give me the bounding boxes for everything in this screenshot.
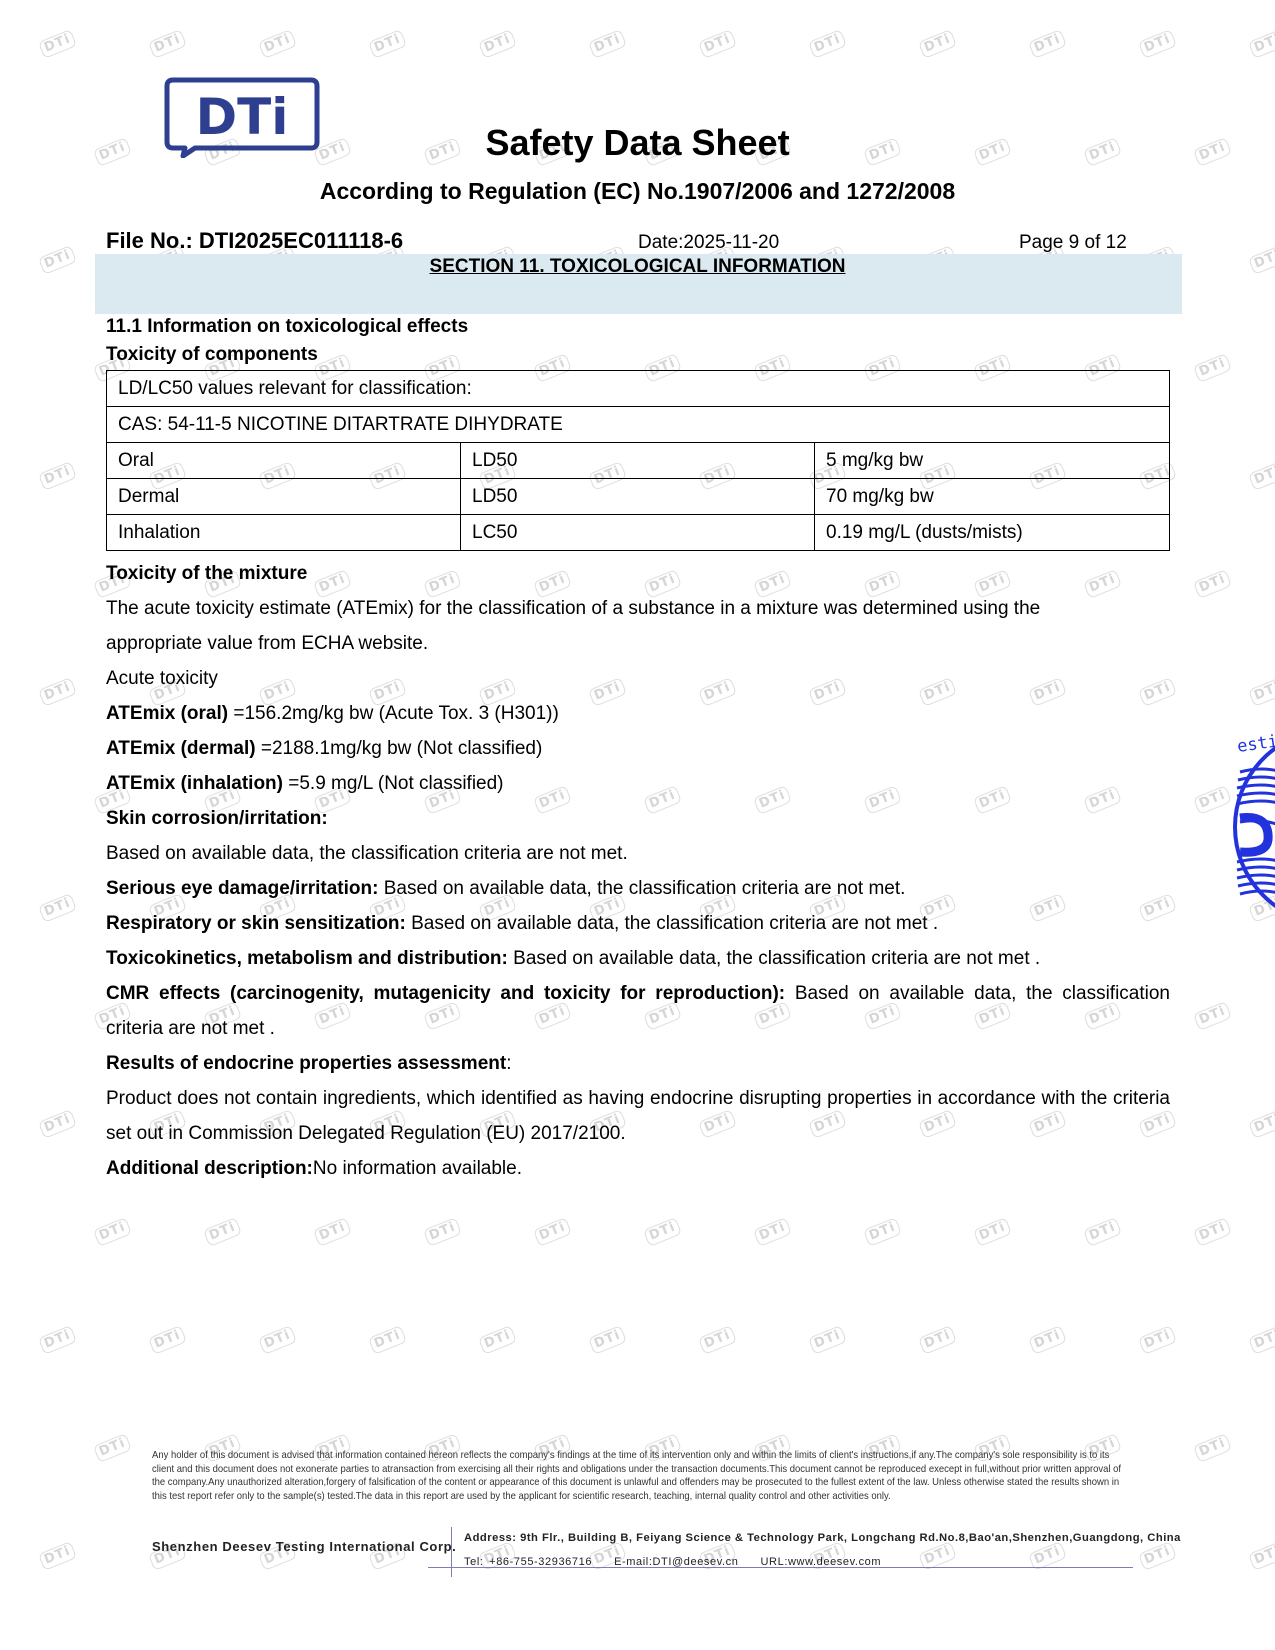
endocrine-label: Results of endocrine properties assessme… (106, 1046, 1170, 1081)
watermark-stamp: DTi (863, 1217, 902, 1247)
company-tel: Tel: +86-755-32936716 (464, 1556, 592, 1568)
watermark-stamp: DTi (478, 1325, 517, 1355)
watermark-stamp: DTi (368, 29, 407, 59)
route-cell: Dermal (107, 479, 461, 515)
watermark-stamp: DTi (93, 1217, 132, 1247)
value-cell: 5 mg/kg bw (815, 443, 1170, 479)
watermark-stamp: DTi (1193, 353, 1232, 383)
watermark-stamp: DTi (1248, 677, 1275, 707)
watermark-stamp: DTi (38, 893, 77, 923)
mixture-intro: The acute toxicity estimate (ATEmix) for… (106, 591, 1170, 661)
footer-divider-vertical (451, 1527, 452, 1577)
table-row: Oral LD50 5 mg/kg bw (107, 443, 1170, 479)
document-date: Date:2025-11-20 (638, 232, 779, 254)
toxicokinetics: Toxicokinetics, metabolism and distribut… (106, 941, 1170, 976)
watermark-stamp: DTi (973, 1217, 1012, 1247)
route-cell: Inhalation (107, 515, 461, 551)
value-cell: 70 mg/kg bw (815, 479, 1170, 515)
watermark-stamp: DTi (1193, 569, 1232, 599)
section-title: SECTION 11. TOXICOLOGICAL INFORMATION (0, 256, 1275, 278)
sensitization: Respiratory or skin sensitization: Based… (106, 906, 1170, 941)
watermark-stamp: DTi (753, 1217, 792, 1247)
watermark-stamp: DTi (38, 29, 77, 59)
endocrine-text: Product does not contain ingredients, wh… (106, 1081, 1170, 1151)
acute-toxicity-label: Acute toxicity (106, 661, 1170, 696)
watermark-stamp: DTi (918, 1325, 957, 1355)
toxicity-table: LD/LC50 values relevant for classificati… (106, 370, 1170, 551)
watermark-stamp: DTi (1193, 1217, 1232, 1247)
table-caption: LD/LC50 values relevant for classificati… (107, 371, 1170, 407)
additional-description: Additional description:No information av… (106, 1151, 1170, 1186)
watermark-stamp: DTi (1248, 461, 1275, 491)
value-cell: 0.19 mg/L (dusts/mists) (815, 515, 1170, 551)
watermark-stamp: DTi (698, 1325, 737, 1355)
watermark-stamp: DTi (1248, 1325, 1275, 1355)
watermark-stamp: DTi (1138, 1325, 1177, 1355)
watermark-stamp: DTi (38, 677, 77, 707)
table-row: Dermal LD50 70 mg/kg bw (107, 479, 1170, 515)
table-row: Inhalation LC50 0.19 mg/L (dusts/mists) (107, 515, 1170, 551)
table-caption-row: LD/LC50 values relevant for classificati… (107, 371, 1170, 407)
official-stamp-icon: esti (1232, 722, 1275, 932)
legal-disclaimer: Any holder of this document is advised t… (152, 1449, 1134, 1503)
table-substance: CAS: 54-11-5 NICOTINE DITARTRATE DIHYDRA… (107, 407, 1170, 443)
watermark-stamp: DTi (1248, 29, 1275, 59)
watermark-stamp: DTi (1193, 1001, 1232, 1031)
watermark-stamp: DTi (1028, 29, 1067, 59)
watermark-stamp: DTi (1193, 785, 1232, 815)
regulation-subtitle: According to Regulation (EC) No.1907/200… (0, 178, 1275, 205)
watermark-stamp: DTi (1028, 1325, 1067, 1355)
type-cell: LD50 (461, 479, 815, 515)
watermark-stamp: DTi (148, 29, 187, 59)
watermark-stamp: DTi (38, 1541, 77, 1571)
mixture-heading: Toxicity of the mixture (106, 557, 1170, 591)
watermark-stamp: DTi (203, 1217, 242, 1247)
watermark-stamp: DTi (1138, 29, 1177, 59)
eye-damage: Serious eye damage/irritation: Based on … (106, 871, 1170, 906)
mixture-section: Toxicity of the mixture The acute toxici… (106, 557, 1170, 1186)
watermark-stamp: DTi (918, 29, 957, 59)
components-heading: Toxicity of components (106, 344, 318, 366)
watermark-stamp: DTi (643, 1217, 682, 1247)
skin-corrosion-text: Based on available data, the classificat… (106, 836, 1170, 871)
watermark-stamp: DTi (313, 1217, 352, 1247)
document-title: Safety Data Sheet (0, 122, 1275, 164)
subsection-heading: 11.1 Information on toxicological effect… (106, 316, 468, 338)
watermark-stamp: DTi (148, 1325, 187, 1355)
watermark-stamp: DTi (368, 1325, 407, 1355)
watermark-stamp: DTi (533, 1217, 572, 1247)
watermark-stamp: DTi (93, 1433, 132, 1463)
company-email: E-mail:DTI@deesev.cn (614, 1556, 738, 1568)
watermark-stamp: DTi (1193, 1433, 1232, 1463)
watermark-stamp: DTi (423, 1217, 462, 1247)
company-contact: Tel: +86-755-32936716E-mail:DTI@deesev.c… (464, 1556, 903, 1568)
watermark-stamp: DTi (1248, 1541, 1275, 1571)
type-cell: LC50 (461, 515, 815, 551)
watermark-stamp: DTi (808, 1325, 847, 1355)
watermark-stamp: DTi (808, 29, 847, 59)
watermark-stamp: DTi (38, 1109, 77, 1139)
watermark-stamp: DTi (1248, 1109, 1275, 1139)
atemix-oral: ATEmix (oral) =156.2mg/kg bw (Acute Tox.… (106, 696, 1170, 731)
table-substance-row: CAS: 54-11-5 NICOTINE DITARTRATE DIHYDRA… (107, 407, 1170, 443)
cmr-effects: CMR effects (carcinogenity, mutagenicity… (106, 976, 1170, 1046)
route-cell: Oral (107, 443, 461, 479)
watermark-stamp: DTi (38, 1325, 77, 1355)
atemix-dermal: ATEmix (dermal) =2188.1mg/kg bw (Not cla… (106, 731, 1170, 766)
watermark-stamp: DTi (258, 29, 297, 59)
company-name: Shenzhen Deesev Testing International Co… (152, 1539, 456, 1554)
company-address: Address: 9th Flr., Building B, Feiyang S… (464, 1532, 1181, 1544)
page-number: Page 9 of 12 (1019, 232, 1127, 254)
watermark-stamp: DTi (588, 29, 627, 59)
watermark-stamp: DTi (478, 29, 517, 59)
type-cell: LD50 (461, 443, 815, 479)
watermark-stamp: DTi (698, 29, 737, 59)
watermark-stamp: DTi (588, 1325, 627, 1355)
watermark-stamp: DTi (1138, 1541, 1177, 1571)
company-url: URL:www.deesev.com (761, 1556, 882, 1568)
skin-corrosion-label: Skin corrosion/irritation: (106, 801, 1170, 836)
atemix-inhalation: ATEmix (inhalation) =5.9 mg/L (Not class… (106, 766, 1170, 801)
watermark-stamp: DTi (258, 1325, 297, 1355)
watermark-stamp: DTi (38, 461, 77, 491)
file-number: File No.: DTI2025EC011118-6 (106, 228, 403, 254)
watermark-stamp: DTi (1083, 1217, 1122, 1247)
